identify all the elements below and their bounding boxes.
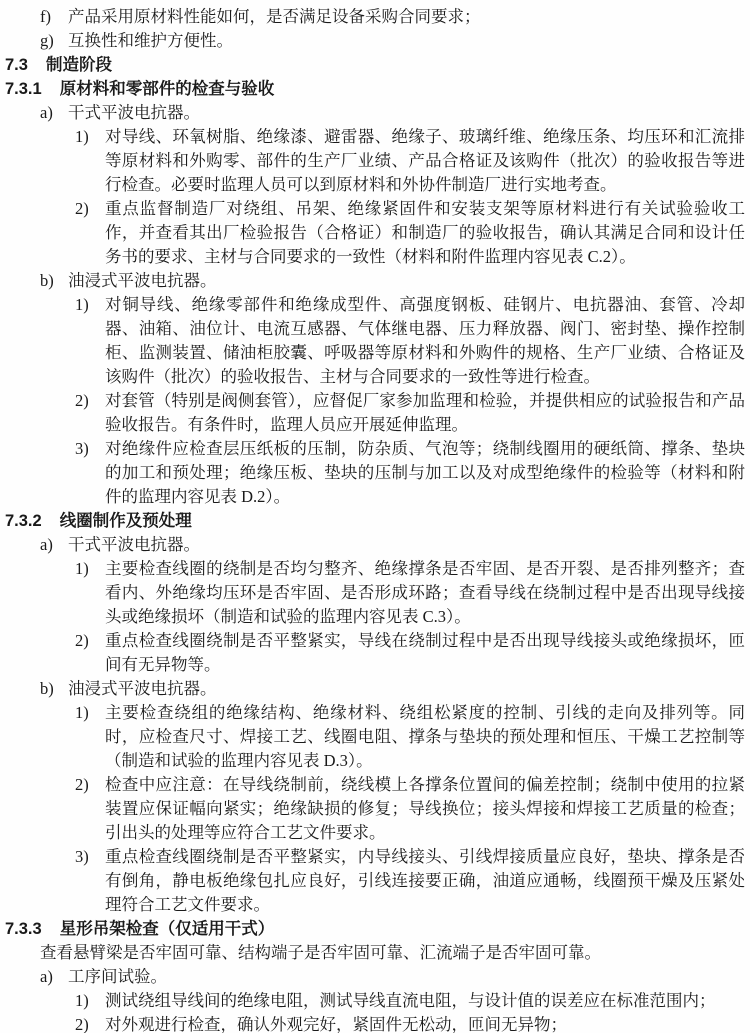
lettered-item: f)产品采用原材料性能如何，是否满足设备采购合同要求； xyxy=(5,5,745,29)
section-heading-7.3.3: 7.3.3星形吊架检查（仅适用干式） xyxy=(5,917,745,941)
section-heading-7.3.2: 7.3.2线圈制作及预处理 xyxy=(5,509,745,533)
document-content: f)产品采用原材料性能如何，是否满足设备采购合同要求； g)互换性和维护方便性。… xyxy=(5,5,745,1033)
numbered-item: 2)检查中应注意：在导线绕制前，绕线模上各撑条位置间的偏差控制；绕制中使用的拉紧… xyxy=(5,773,745,845)
section-title: 原材料和零部件的检查与验收 xyxy=(60,80,275,98)
section-heading-7.3: 7.3制造阶段 xyxy=(5,53,745,77)
numbered-item: 3)重点检查线圈绕制是否平整紧实，内导线接头、引线焊接质量应良好，垫块、撑条是否… xyxy=(5,845,745,917)
item-text: 干式平波电抗器。 xyxy=(68,103,200,122)
item-text: 油浸式平波电抗器。 xyxy=(68,679,217,698)
numbered-item: 2)对外观进行检查，确认外观完好，紧固件无松动，匝间无异物； xyxy=(5,1013,745,1033)
item-label: 3) xyxy=(75,437,89,461)
section-title: 制造阶段 xyxy=(46,56,112,74)
numbered-item: 1)对导线、环氧树脂、绝缘漆、避雷器、绝缘子、玻璃纤维、绝缘压条、均压环和汇流排… xyxy=(5,125,745,197)
numbered-item: 2)重点监督制造厂对绕组、吊架、绝缘紧固件和安装支架等原材料进行有关试验验收工作… xyxy=(5,197,745,269)
lettered-item: a)干式平波电抗器。 xyxy=(5,101,745,125)
numbered-item: 3)对绝缘件应检查层压纸板的压制，防杂质、气泡等；绕制线圈用的硬纸筒、撑条、垫块… xyxy=(5,437,745,509)
lettered-item: a)干式平波电抗器。 xyxy=(5,533,745,557)
item-text: 重点检查线圈绕制是否平整紧实，导线在绕制过程中是否出现导线接头或绝缘损坏，匝间有… xyxy=(105,631,745,674)
item-label: 1) xyxy=(75,293,89,317)
numbered-item: 1)主要检查线圈的绕制是否均匀整齐、绝缘撑条是否牢固、是否开裂、是否排列整齐；查… xyxy=(5,557,745,629)
section-number: 7.3.1 xyxy=(5,77,42,101)
item-text: 重点检查线圈绕制是否平整紧实，内导线接头、引线焊接质量应良好，垫块、撑条是否有倒… xyxy=(105,847,745,914)
numbered-item: 1)主要检查绕组的绝缘结构、绝缘材料、绕组松紧度的控制、引线的走向及排列等。同时… xyxy=(5,701,745,773)
item-label: b) xyxy=(40,677,54,701)
item-text: 重点监督制造厂对绕组、吊架、绝缘紧固件和安装支架等原材料进行有关试验验收工作，并… xyxy=(105,199,745,266)
numbered-item: 1)对铜导线、绝缘零部件和绝缘成型件、高强度钢板、硅钢片、电抗器油、套管、冷却器… xyxy=(5,293,745,389)
section-number: 7.3.2 xyxy=(5,509,42,533)
item-label: a) xyxy=(40,965,53,989)
item-label: 1) xyxy=(75,701,89,725)
section-heading-7.3.1: 7.3.1原材料和零部件的检查与验收 xyxy=(5,77,745,101)
item-text: 主要检查绕组的绝缘结构、绝缘材料、绕组松紧度的控制、引线的走向及排列等。同时，应… xyxy=(105,703,745,770)
item-text: 对绝缘件应检查层压纸板的压制，防杂质、气泡等；绕制线圈用的硬纸筒、撑条、垫块的加… xyxy=(105,439,745,506)
item-text: 干式平波电抗器。 xyxy=(68,535,200,554)
item-label: 3) xyxy=(75,845,89,869)
document-page: f)产品采用原材料性能如何，是否满足设备采购合同要求； g)互换性和维护方便性。… xyxy=(0,0,750,1033)
item-label: 2) xyxy=(75,389,89,413)
item-label: b) xyxy=(40,269,54,293)
section-number: 7.3 xyxy=(5,53,28,77)
item-label: f) xyxy=(40,5,51,29)
section-title: 星形吊架检查（仅适用干式） xyxy=(60,920,275,938)
numbered-item: 2)对套管（特别是阀侧套管），应督促厂家参加监理和检验，并提供相应的试验报告和产… xyxy=(5,389,745,437)
item-label: 2) xyxy=(75,197,89,221)
item-text: 互换性和维护方便性。 xyxy=(68,31,233,50)
item-text: 检查中应注意：在导线绕制前，绕线模上各撑条位置间的偏差控制；绕制中使用的拉紧装置… xyxy=(105,775,745,842)
item-label: 1) xyxy=(75,557,89,581)
lettered-item: b)油浸式平波电抗器。 xyxy=(5,677,745,701)
item-text: 对铜导线、绝缘零部件和绝缘成型件、高强度钢板、硅钢片、电抗器油、套管、冷却器、油… xyxy=(105,295,745,386)
section-number: 7.3.3 xyxy=(5,917,42,941)
numbered-item: 2)重点检查线圈绕制是否平整紧实，导线在绕制过程中是否出现导线接头或绝缘损坏，匝… xyxy=(5,629,745,677)
item-text: 测试绕组导线间的绝缘电阻，测试导线直流电阻，与设计值的误差应在标准范围内； xyxy=(105,991,716,1010)
lettered-item: g)互换性和维护方便性。 xyxy=(5,29,745,53)
item-text: 油浸式平波电抗器。 xyxy=(68,271,217,290)
item-text: 对导线、环氧树脂、绝缘漆、避雷器、绝缘子、玻璃纤维、绝缘压条、均压环和汇流排等原… xyxy=(105,127,745,194)
item-text: 产品采用原材料性能如何，是否满足设备采购合同要求； xyxy=(68,7,481,26)
numbered-item: 1)测试绕组导线间的绝缘电阻，测试导线直流电阻，与设计值的误差应在标准范围内； xyxy=(5,989,745,1013)
item-label: a) xyxy=(40,533,53,557)
item-text: 工序间试验。 xyxy=(68,967,167,986)
item-label: 1) xyxy=(75,989,89,1013)
item-label: 1) xyxy=(75,125,89,149)
paragraph: 查看悬臂梁是否牢固可靠、结构端子是否牢固可靠、汇流端子是否牢固可靠。 xyxy=(5,941,745,965)
lettered-item: a)工序间试验。 xyxy=(5,965,745,989)
item-text: 对套管（特别是阀侧套管），应督促厂家参加监理和检验，并提供相应的试验报告和产品验… xyxy=(105,391,745,434)
item-label: 2) xyxy=(75,629,89,653)
item-text: 主要检查线圈的绕制是否均匀整齐、绝缘撑条是否牢固、是否开裂、是否排列整齐；查看内… xyxy=(105,559,745,626)
item-label: 2) xyxy=(75,773,89,797)
paragraph-text: 查看悬臂梁是否牢固可靠、结构端子是否牢固可靠、汇流端子是否牢固可靠。 xyxy=(40,943,601,962)
item-label: 2) xyxy=(75,1013,89,1033)
section-title: 线圈制作及预处理 xyxy=(60,512,192,530)
item-label: g) xyxy=(40,29,54,53)
lettered-item: b)油浸式平波电抗器。 xyxy=(5,269,745,293)
item-label: a) xyxy=(40,101,53,125)
item-text: 对外观进行检查，确认外观完好，紧固件无松动，匝间无异物； xyxy=(105,1015,567,1033)
